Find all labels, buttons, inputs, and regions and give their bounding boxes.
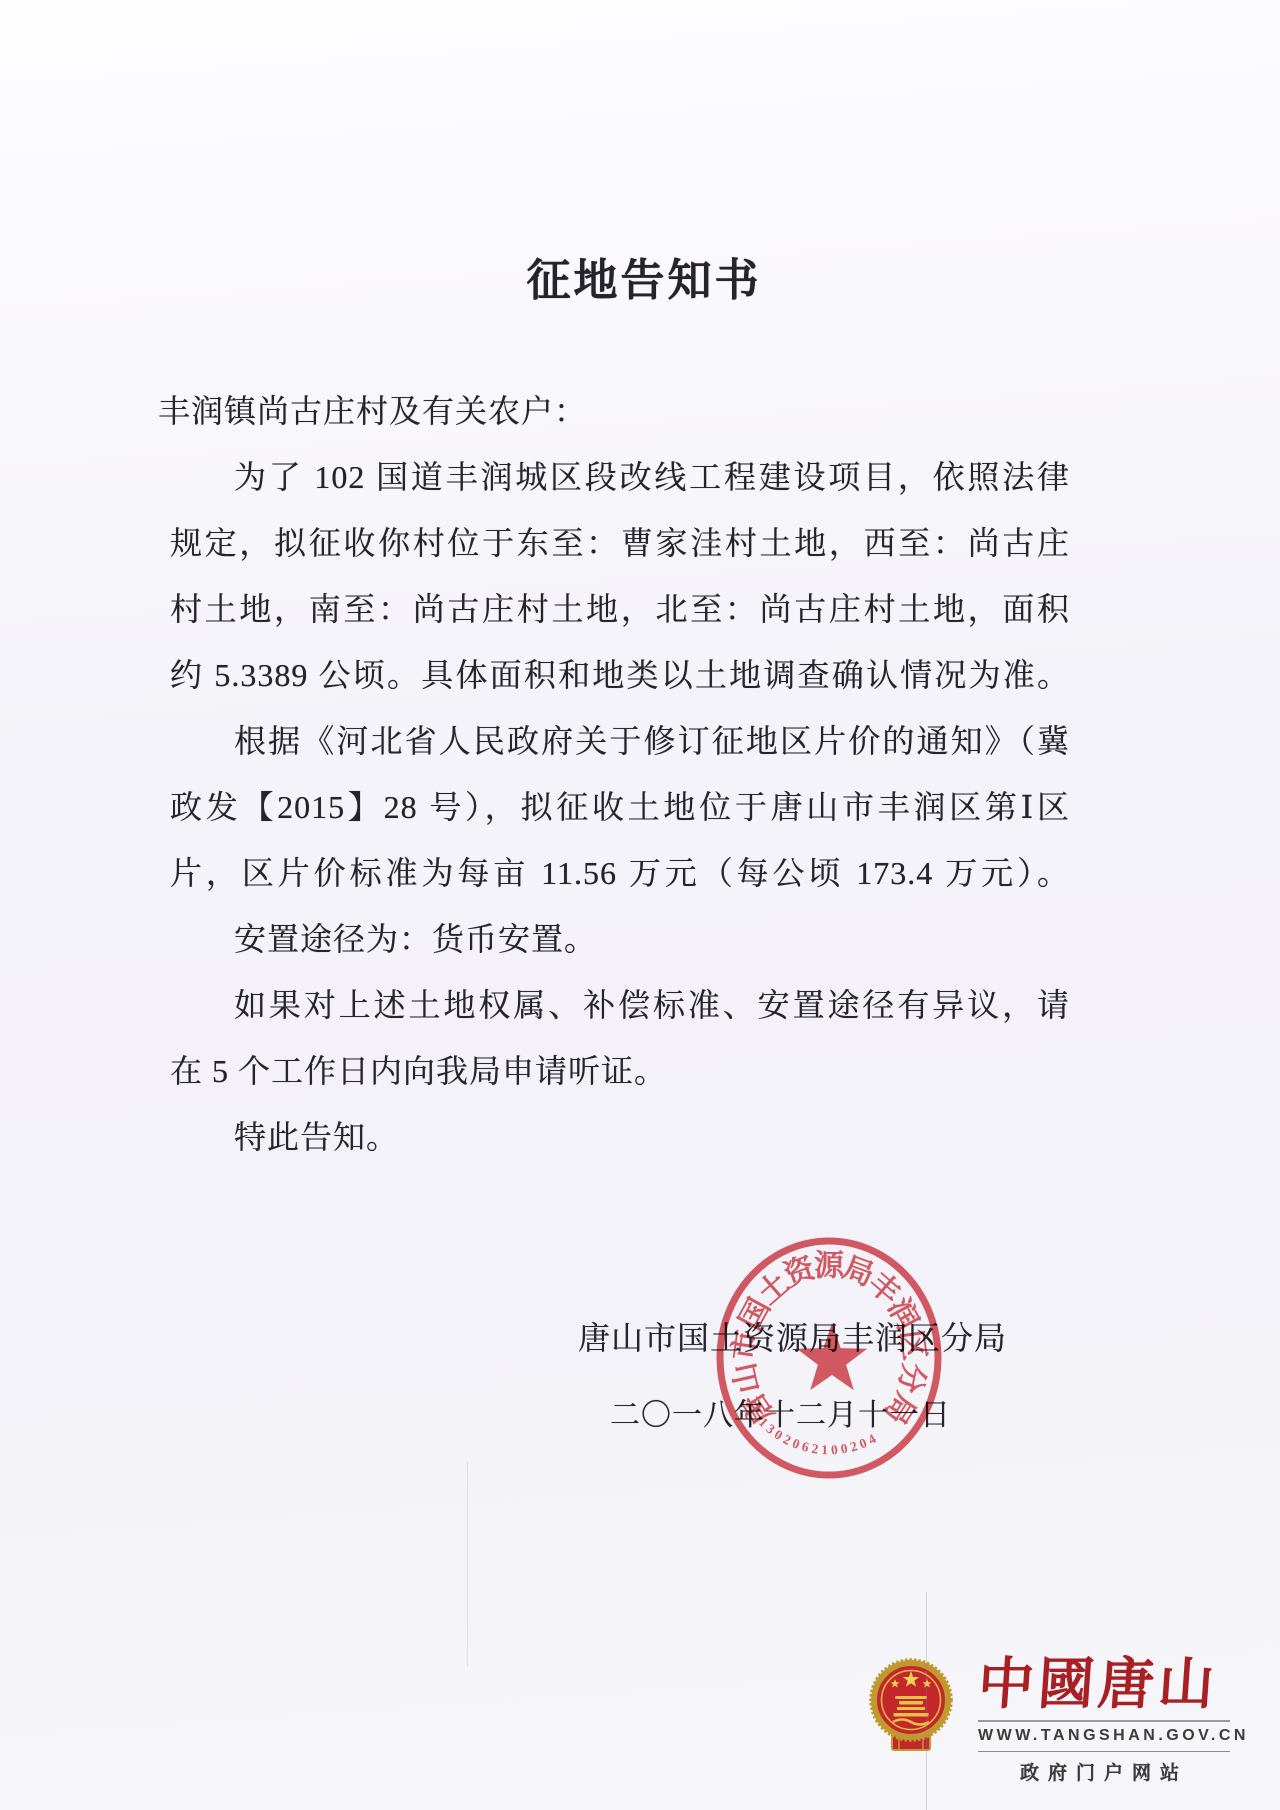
body-line: 为了 102 国道丰润城区段改线工程建设项目，依照法律 xyxy=(170,444,1070,510)
scanned-notice-page: 征地告知书 丰润镇尚古庄村及有关农户： 为了 102 国道丰润城区段改线工程建设… xyxy=(0,0,1280,1810)
national-emblem-icon xyxy=(866,1658,956,1754)
salutation-line: 丰润镇尚古庄村及有关农户： xyxy=(158,378,1070,444)
body-line: 村土地，南至：尚古庄村土地，北至：尚古庄村土地，面积 xyxy=(170,576,1070,642)
scan-artifact-line xyxy=(926,1592,927,1810)
body-line: 在 5 个工作日内向我局申请听证。 xyxy=(170,1038,1070,1104)
svg-text:区: 区 xyxy=(894,1328,931,1362)
body-line: 规定，拟征收你村位于东至：曹家洼村土地，西至：尚古庄 xyxy=(170,510,1070,576)
brand-text-column: 中國唐山 WWW.TANGSHAN.GOV.CN 政府门户网站 xyxy=(978,1654,1230,1785)
seal-star-icon xyxy=(797,1323,867,1390)
portal-url: WWW.TANGSHAN.GOV.CN xyxy=(978,1727,1230,1745)
brand-name: 中國唐山 xyxy=(976,1654,1232,1716)
divider xyxy=(978,1751,1230,1752)
closing-line: 特此告知。 xyxy=(170,1104,1070,1170)
divider xyxy=(978,1720,1230,1722)
page-title: 征地告知书 xyxy=(0,244,1280,308)
svg-text:山: 山 xyxy=(728,1360,767,1396)
notice-body: 丰润镇尚古庄村及有关农户： 为了 102 国道丰润城区段改线工程建设项目，依照法… xyxy=(170,378,1070,1170)
body-line: 政发【2015】28 号），拟征收土地位于唐山市丰润区第Ⅰ区 xyxy=(170,774,1070,840)
body-line: 片，区片价标准为每亩 11.56 万元（每公顷 173.4 万元）。 xyxy=(170,840,1070,906)
body-line: 安置途径为：货币安置。 xyxy=(170,906,1070,972)
portal-caption: 政府门户网站 xyxy=(978,1758,1230,1785)
body-line: 约 5.3389 公顷。具体面积和地类以土地调查确认情况为准。 xyxy=(170,642,1070,708)
body-line: 如果对上述土地权属、补偿标准、安置途径有异议，请 xyxy=(170,972,1070,1038)
scan-artifact-line xyxy=(467,1462,468,1667)
body-line: 根据《河北省人民政府关于修订征地区片价的通知》（冀 xyxy=(170,708,1070,774)
official-seal-stamp: 唐山市国土资源局丰润区分局 1302062100204 xyxy=(713,1235,945,1483)
seal-code: 1302062100204 xyxy=(756,1415,882,1458)
